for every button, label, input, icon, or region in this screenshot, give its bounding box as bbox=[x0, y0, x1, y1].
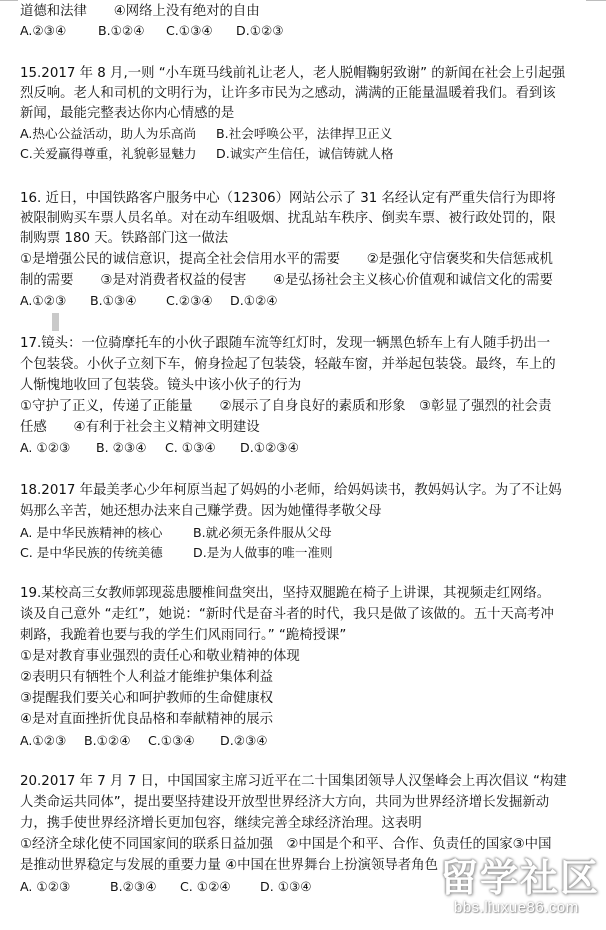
q19-statement-3: ③提醒我们要关心和呵护教师的生命健康权 bbox=[20, 690, 273, 708]
q20-option-b: B.②③④ bbox=[110, 878, 157, 896]
q15-option-d: D.诚实产生信任，诚信铸就人格 bbox=[216, 145, 393, 163]
q14-option-d: D.①②③ bbox=[236, 22, 284, 40]
q18-option-b: B.就必须无条件服从父母 bbox=[193, 524, 332, 542]
q19-stem-line-3: 刺路，我跪着也要与我的学生们风雨同行。” “跪椅授课” bbox=[20, 627, 346, 645]
q16-stem-line-1: 16. 近日，中国铁路客户服务中心（12306）网站公示了 31 名经认定有严重… bbox=[20, 190, 556, 208]
q15-stem-line-1: 15.2017 年 8 月,一则 “小车斑马线前礼让老人，老人脱帽鞠躬致谢” 的… bbox=[20, 65, 565, 83]
text-cursor-marker bbox=[52, 313, 59, 331]
q20-option-a: A. ①②③ bbox=[20, 878, 70, 896]
q14-statement-tail: 道德和法律 ④网络上没有绝对的自由 bbox=[20, 3, 260, 21]
q14-option-b: B.①②④ bbox=[98, 22, 145, 40]
q20-stem-line-3: 力，携手使世界经济增长更加包容，继续完善全球经济治理。这表明 bbox=[20, 815, 422, 833]
page-edge-rule bbox=[586, 0, 606, 1]
q17-option-a: A. ①②③ bbox=[20, 439, 70, 457]
q18-stem-line-2: 妈那么辛苦，她还想办法来自己赚学费。因为她懂得孝敬父母 bbox=[20, 503, 382, 521]
q14-option-c: C.①③④ bbox=[166, 22, 213, 40]
q16-option-c: C.②③④ bbox=[166, 292, 213, 310]
q19-option-c: C.①③④ bbox=[148, 732, 195, 750]
q17-statements-line-1: ①守护了正义，传递了正能量 ②展示了自身良好的素质和形象 ③彰显了强烈的社会责 bbox=[20, 398, 551, 416]
q19-statement-4: ④是对直面挫折优良品格和奉献精神的展示 bbox=[20, 711, 273, 729]
q15-stem-line-3: 新闻，最能完整表达你内心情感的是 bbox=[20, 105, 234, 123]
q19-statement-2: ②表明只有牺牲个人利益才能维护集体利益 bbox=[20, 669, 273, 687]
q19-stem-line-1: 19.某校高三女教师郭现蕊患腰椎间盘突出，坚持双腿跪在椅子上讲课，其视频走红网络… bbox=[20, 585, 550, 603]
q20-statements-line-2: 是推动世界稳定与发展的重要力量 ④中国在世界舞台上扮演领导者角色 bbox=[20, 857, 438, 875]
q16-statements-line-2: 制的需要 ③是对消费者权益的侵害 ④是弘扬社会主义核心价值观和诚信文化的需要 bbox=[20, 272, 553, 290]
q20-stem-line-1: 20.2017 年 7 月 7 日，中国国家主席习近平在二十国集团领导人汉堡峰会… bbox=[20, 773, 567, 791]
q16-statements-line-1: ①是增强公民的诚信意识，提高全社会信用水平的需要 ②是强化守信褒奖和失信惩戒机 bbox=[20, 251, 553, 269]
q14-option-a: A.②③④ bbox=[20, 22, 66, 40]
watermark-brand: 留学社区 bbox=[440, 855, 600, 901]
q20-stem-line-2: 人类命运共同体”，提出要坚持建设开放型世界经济大方向，共同为世界经济增长发掘新动 bbox=[20, 794, 549, 812]
q18-option-d: D.是为人做事的唯一准则 bbox=[193, 544, 333, 562]
q17-option-d: D.①②③④ bbox=[240, 439, 299, 457]
q17-option-c: C. ①③④ bbox=[165, 439, 216, 457]
q20-statements-line-1: ①经济全球化使不同国家间的联系日益加强 ②中国是个和平、合作、负责任的国家③中国 bbox=[20, 836, 551, 854]
q15-stem-line-2: 烈反响。老人和司机的文明行为，让许多市民为之感动，满满的正能量温暖着我们。看到该 bbox=[20, 85, 556, 103]
q15-option-c: C.关爱赢得尊重，礼貌彰显魅力 bbox=[20, 145, 197, 163]
q16-option-b: B.①③④ bbox=[90, 292, 137, 310]
q17-stem-line-2: 个包装袋。小伙子立刻下车，俯身捡起了包装袋，轻敲车窗，并举起包装袋。最终，车上的 bbox=[20, 356, 556, 374]
watermark: 留学社区 bbs.liuxue86.com bbox=[440, 855, 606, 930]
q19-option-b: B.①②④ bbox=[84, 732, 131, 750]
page-edge-rule bbox=[0, 0, 18, 1]
q15-option-a: A.热心公益活动，助人为乐高尚 bbox=[20, 125, 196, 143]
q17-stem-line-1: 17.镜头：一位骑摩托车的小伙子跟随车流等红灯时，发现一辆黑色轿车上有人随手扔出… bbox=[20, 335, 550, 353]
q19-option-a: A.①②③ bbox=[20, 732, 66, 750]
q18-option-a: A. 是中华民族精神的核心 bbox=[20, 524, 162, 542]
q20-option-c: C. ①②④ bbox=[180, 878, 231, 896]
q16-option-a: A.①②③ bbox=[20, 292, 66, 310]
q19-statement-1: ①是对教育事业强烈的责任心和敬业精神的体现 bbox=[20, 648, 300, 666]
q17-statements-line-2: 任感 ④有利于社会主义精神文明建设 bbox=[20, 419, 260, 437]
q20-option-d: D. ①③④ bbox=[260, 878, 312, 896]
q18-stem-line-1: 18.2017 年最美孝心少年柯原当起了妈妈的小老师，给妈妈读书，教妈妈认字。为… bbox=[20, 482, 562, 500]
q16-stem-line-2: 被限制购买车票人员名单。对在动车组吸烟、扰乱站车秩序、倒卖车票、被行政处罚的，限 bbox=[20, 210, 556, 228]
q19-option-d: D.②③④ bbox=[220, 732, 268, 750]
q17-stem-line-3: 人惭愧地收回了包装袋。镜头中该小伙子的行为 bbox=[20, 377, 301, 395]
q18-option-c: C. 是中华民族的传统美德 bbox=[20, 544, 163, 562]
q17-option-b: B. ②③④ bbox=[96, 439, 147, 457]
q16-option-d: D.①②④ bbox=[230, 292, 278, 310]
q15-option-b: B.社会呼唤公平，法律捍卫正义 bbox=[216, 125, 392, 143]
watermark-url: bbs.liuxue86.com bbox=[454, 899, 579, 916]
q16-stem-line-3: 制购票 180 天。铁路部门这一做法 bbox=[20, 230, 228, 248]
document-page: 道德和法律 ④网络上没有绝对的自由 A.②③④ B.①②④ C.①③④ D.①②… bbox=[0, 0, 606, 930]
q19-stem-line-2: 谈及自己意外 “走红”，她说：“新时代是奋斗者的时代，我只是做了该做的。五十天高… bbox=[20, 606, 554, 624]
